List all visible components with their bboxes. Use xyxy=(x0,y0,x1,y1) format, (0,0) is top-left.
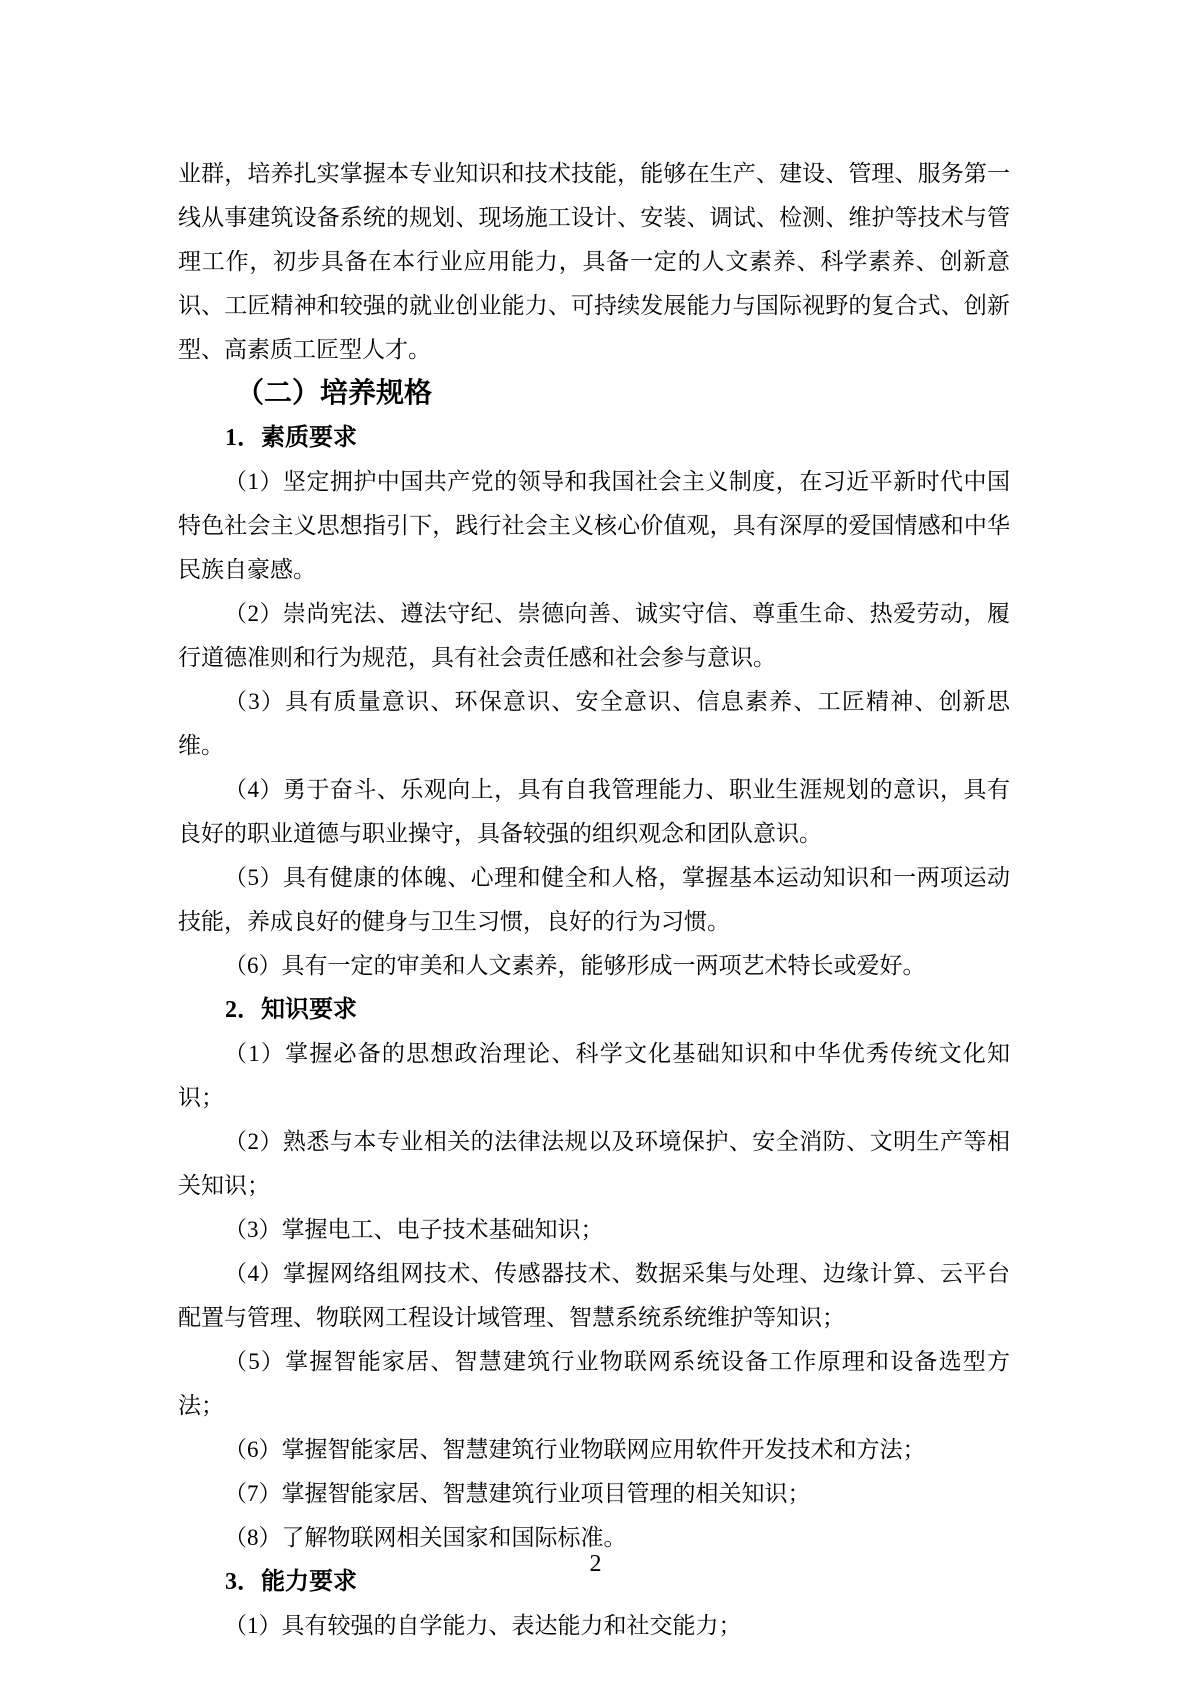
knowledge-item-4: （4）掌握网络组网技术、传感器技术、数据采集与处理、边缘计算、云平台配置与管理、… xyxy=(178,1252,1010,1340)
knowledge-item-3: （3）掌握电工、电子技术基础知识； xyxy=(178,1208,1010,1252)
subsection-heading-quality: 1．素质要求 xyxy=(178,416,1010,460)
document-body: 业群，培养扎实掌握本专业知识和技术技能，能够在生产、建设、管理、服务第一线从事建… xyxy=(178,152,1010,1648)
knowledge-item-6: （6）掌握智能家居、智慧建筑行业物联网应用软件开发技术和方法； xyxy=(178,1428,1010,1472)
quality-item-6: （6）具有一定的审美和人文素养，能够形成一两项艺术特长或爱好。 xyxy=(178,944,1010,988)
quality-item-2: （2）崇尚宪法、遵法守纪、崇德向善、诚实守信、尊重生命、热爱劳动，履行道德准则和… xyxy=(178,592,1010,680)
page-footer: 2 xyxy=(0,1548,1191,1580)
knowledge-item-1: （1）掌握必备的思想政治理论、科学文化基础知识和中华优秀传统文化知识； xyxy=(178,1032,1010,1120)
quality-item-1: （1）坚定拥护中国共产党的领导和我国社会主义制度，在习近平新时代中国特色社会主义… xyxy=(178,460,1010,592)
knowledge-item-2: （2）熟悉与本专业相关的法律法规以及环境保护、安全消防、文明生产等相关知识； xyxy=(178,1120,1010,1208)
section-heading: （二）培养规格 xyxy=(178,372,1010,416)
paragraph-continued: 业群，培养扎实掌握本专业知识和技术技能，能够在生产、建设、管理、服务第一线从事建… xyxy=(178,152,1010,372)
quality-item-3: （3）具有质量意识、环保意识、安全意识、信息素养、工匠精神、创新思维。 xyxy=(178,680,1010,768)
quality-item-4: （4）勇于奋斗、乐观向上，具有自我管理能力、职业生涯规划的意识，具有良好的职业道… xyxy=(178,768,1010,856)
knowledge-item-5: （5）掌握智能家居、智慧建筑行业物联网系统设备工作原理和设备选型方法； xyxy=(178,1340,1010,1428)
document-page: 业群，培养扎实掌握本专业知识和技术技能，能够在生产、建设、管理、服务第一线从事建… xyxy=(0,0,1191,1684)
page-number: 2 xyxy=(590,1551,602,1577)
knowledge-item-7: （7）掌握智能家居、智慧建筑行业项目管理的相关知识； xyxy=(178,1472,1010,1516)
quality-item-5: （5）具有健康的体魄、心理和健全和人格，掌握基本运动知识和一两项运动技能，养成良… xyxy=(178,856,1010,944)
ability-item-1: （1）具有较强的自学能力、表达能力和社交能力； xyxy=(178,1604,1010,1648)
subsection-heading-knowledge: 2．知识要求 xyxy=(178,988,1010,1032)
